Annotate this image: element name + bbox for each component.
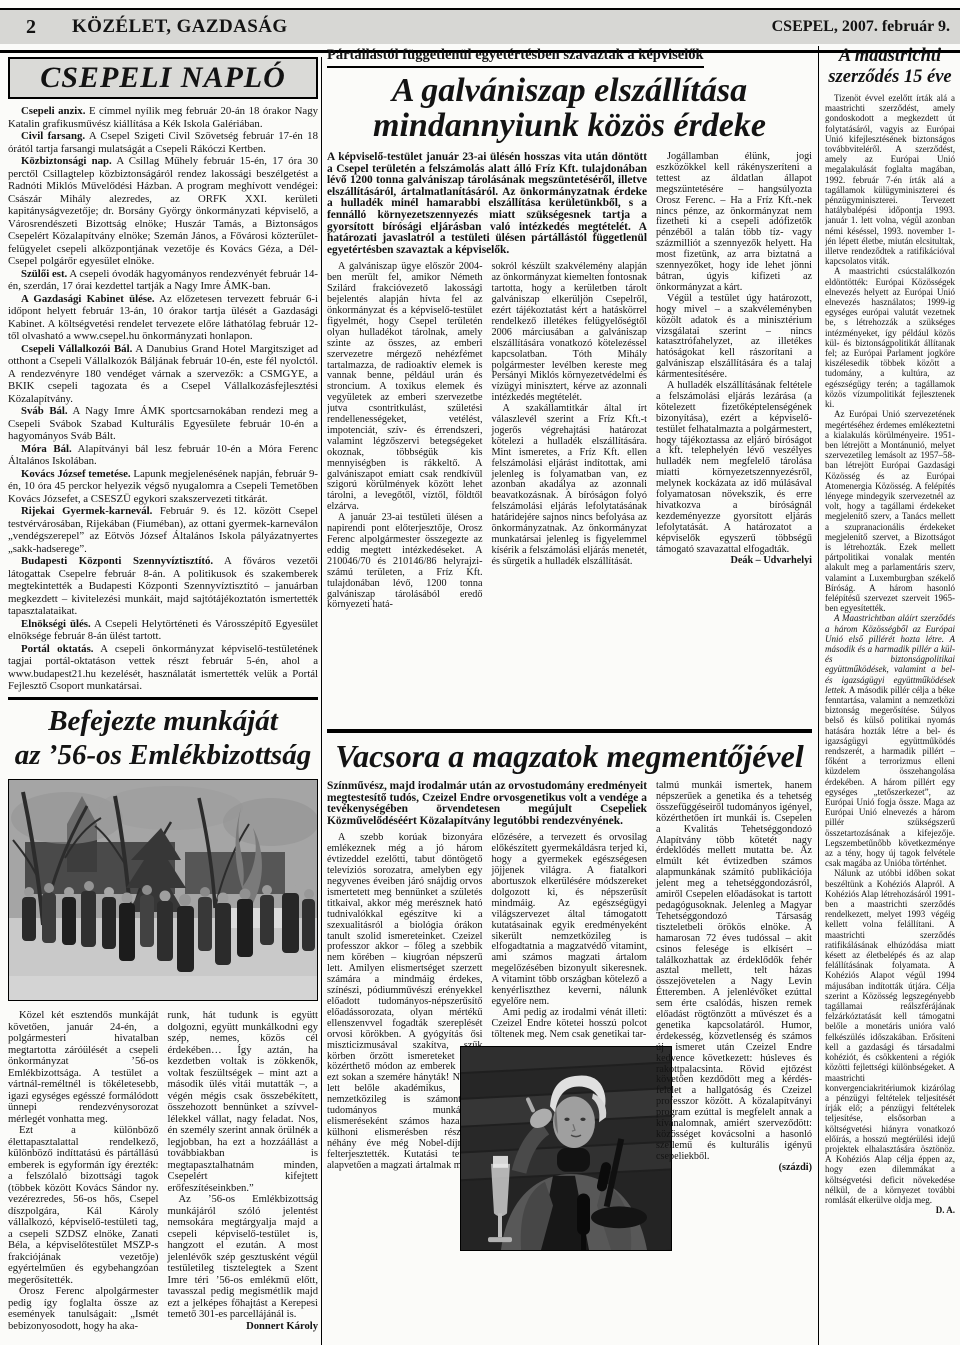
vacsora-headline: Vacsora a magzatok megmentőjével	[327, 738, 812, 774]
czeizel-photo	[460, 1046, 672, 1251]
vacsora-col2: előzésére, a tervezett és orvosilag elők…	[492, 833, 648, 1250]
galvan-col2: sokról készült szakvélemény alapján az ö…	[492, 262, 648, 611]
issue-date: CSEPEL, 2007. február 9.	[772, 18, 950, 36]
news-item: Rijekai Gyermek-karnevál. Február 9. és …	[8, 505, 318, 555]
article-56-col2: runk, hát tudunk is együtt dolgozni, egy…	[168, 1010, 319, 1345]
group-photo	[8, 779, 318, 1001]
byline: (százdi)	[656, 1163, 812, 1174]
kicker: Pártállástól függetlenül egyetértésben s…	[327, 48, 704, 68]
galvan-col3: Jogállamban élünk, jogi eszközökkel kell…	[656, 152, 812, 722]
news-item: Budapesti Központi Szennyvíztisztító. A …	[8, 555, 318, 618]
news-items: Csepeli anzix. E címmel nyílik meg febru…	[8, 105, 318, 693]
article-56-col1: Közel két esztendős munkáját követően, j…	[8, 1010, 159, 1345]
article-divider-rule	[327, 729, 812, 733]
news-item: Csepeli anzix. E címmel nyílik meg febru…	[8, 105, 318, 130]
news-item: Sváb Bál. A Nagy Imre ÁMK sportcsarnokáb…	[8, 405, 318, 443]
news-item: Csepeli Vállalkozói Bál. A Danubius Gran…	[8, 343, 318, 406]
page-number: 2	[26, 16, 36, 39]
news-item: Elnökségi ülés. A Csepeli Helytörténeti …	[8, 618, 318, 643]
news-item: Kovács József temetése. Lapunk megjelené…	[8, 468, 318, 506]
section-title: KÖZÉLET, GAZDASÁG	[72, 16, 288, 38]
czeizel-photo-image	[461, 1047, 671, 1250]
article-56-headline: Befejezte munkáját az ’56-os Emlékbizott…	[8, 704, 318, 772]
galvan-body: A képviselő-testület január 23-ai ülésén…	[327, 152, 812, 722]
vacsora-body: Színművész, majd irodalmár után az orvos…	[327, 781, 812, 1338]
news-item: Portál oktatás. A csepeli önkormányzat k…	[8, 643, 318, 693]
news-item: Újságíró-bál. Február 3-án, szombaton es…	[8, 693, 318, 694]
galvan-col1: A galvániszap ügye először 2004-ben merü…	[327, 262, 483, 611]
section-rule	[8, 697, 318, 700]
galvan-headline: A galvániszap elszállítása mindannyiunk …	[327, 73, 812, 143]
left-column: CSEPELI NAPLÓ Csepeli anzix. E címmel ny…	[8, 57, 318, 1345]
galvan-lead: A képviselő-testület január 23-ai ülésén…	[327, 152, 647, 256]
vacsora-col3: talmú munkái ismertek, hanem népszerűek …	[656, 781, 812, 1338]
news-item: A Gazdasági Kabinet ülése. Az előzetesen…	[8, 293, 318, 343]
page-header: 2 KÖZÉLET, GAZDASÁG CSEPEL, 2007. februá…	[0, 8, 960, 44]
naplo-box: CSEPELI NAPLÓ	[8, 57, 318, 99]
news-item: Szülői est. A csepeli óvodák hagyományos…	[8, 268, 318, 293]
maastricht-headline: A maastrichti szerződés 15 éve	[825, 46, 955, 88]
vacsora-lead: Színművész, majd irodalmár után az orvos…	[327, 781, 647, 827]
maastricht-body: Tizenöt évvel ezelőtt írták alá a maastr…	[825, 93, 955, 1215]
article-56-body: Közel két esztendős munkáját követően, j…	[8, 1010, 318, 1345]
kicker-row: Pártállástól függetlenül egyetértésben s…	[327, 46, 812, 68]
column-divider-right	[818, 46, 819, 1345]
newspaper-page: 2 KÖZÉLET, GAZDASÁG CSEPEL, 2007. februá…	[0, 0, 960, 1345]
right-column: A maastrichti szerződés 15 éve Tizenöt é…	[825, 46, 955, 1342]
byline: D. A.	[825, 1205, 955, 1215]
news-item: Móra Bál. Alapítványi bál lesz február 1…	[8, 443, 318, 468]
column-divider-left	[321, 57, 322, 1345]
news-item: Civil farsang. A Csepel Szigeti Civil Sz…	[8, 130, 318, 155]
news-item: Közbiztonsági nap. A Csillag Műhely febr…	[8, 155, 318, 268]
byline: Deák – Udvarhelyi	[656, 556, 812, 567]
naplo-title: CSEPELI NAPLÓ	[40, 61, 286, 95]
center-column: Pártállástól függetlenül egyetértésben s…	[327, 46, 812, 1338]
byline: Donnert Károly	[168, 1321, 319, 1333]
group-photo-image	[9, 780, 317, 1000]
